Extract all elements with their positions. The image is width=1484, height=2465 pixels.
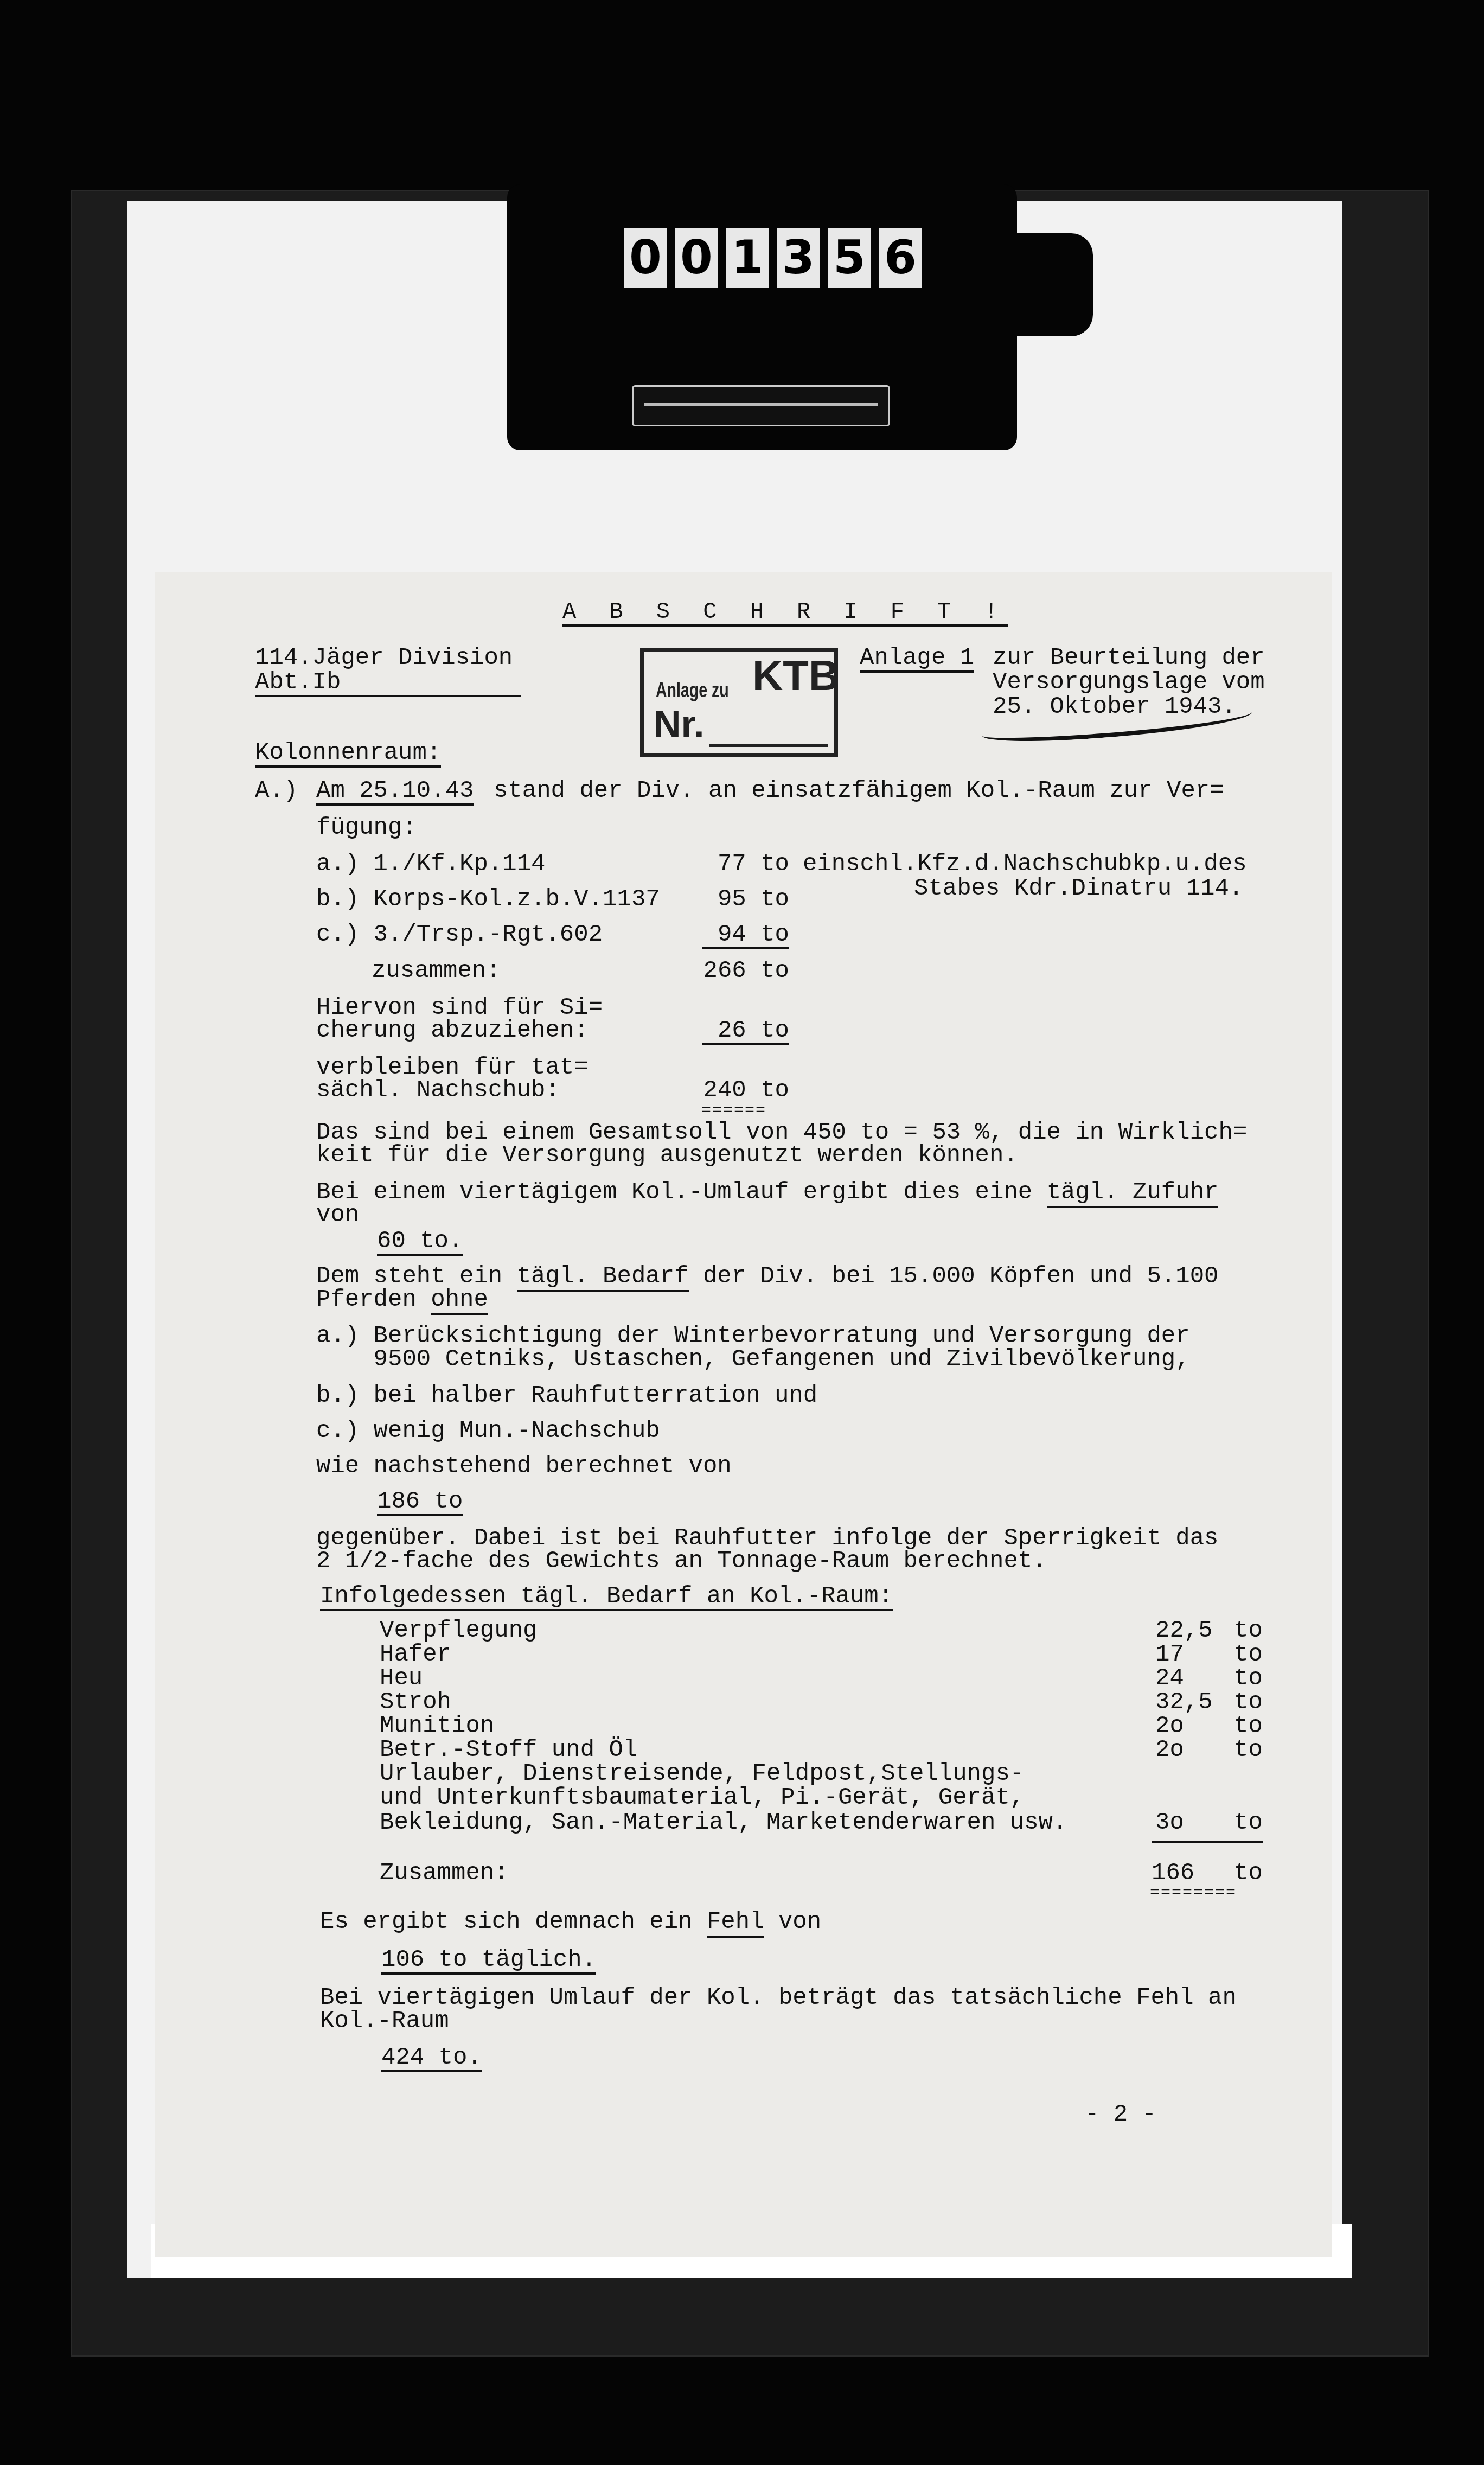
demand-item-amount: 2o [1155,1714,1184,1739]
demand-item-amount: 17 [1155,1642,1184,1667]
unit-item-amount: 77 to [686,852,789,877]
sum-line [1152,1841,1263,1843]
demand-misc-unit: to [1234,1810,1263,1835]
demand-misc-text: Urlauber, Dienstreisende, Feldpost,Stell… [380,1761,1024,1786]
condition-item: b.) bei halber Rauhfutterration und [316,1383,817,1408]
demand-total-unit: to [1234,1861,1263,1886]
deduction-amount: 26 to [702,1018,789,1045]
conclusion-text: Es ergibt sich demnach ein Fehl von [320,1910,821,1934]
counter-digit: 6 [879,228,922,288]
subtotal-label: zusammen: [372,959,501,984]
conclusion-text: Es ergibt sich demnach ein [320,1908,707,1936]
counter-knob [1017,233,1093,336]
counter-digit: 3 [777,228,820,288]
demand-item-unit: to [1234,1690,1263,1715]
demand-item-label: Hafer [380,1642,451,1667]
demand-title: Infolgedessen tägl. Bedarf an Kol.-Raum: [320,1584,893,1611]
paragraph-text: 2 1/2-fache des Gewichts an Tonnage-Raum… [316,1549,1047,1574]
demand-item-unit: to [1234,1642,1263,1667]
paragraph-text: der Div. bei 15.000 Köpfen und 5.100 [689,1263,1219,1290]
section-a-label: A.) [255,778,298,803]
demand-item-label: Verpflegung [380,1618,537,1643]
section-a-text: stand der Div. an einsatzfähigem Kol.-Ra… [494,778,1224,803]
demand-misc-text: und Unterkunftsbaumaterial, Pi.-Gerät, G… [380,1785,1024,1810]
paragraph-text: keit für die Versorgung ausgenutzt werde… [316,1143,1018,1168]
paragraph-text: Bei einem viertägigem Kol.-Umlauf ergibt… [316,1179,1047,1206]
highlight-value: 60 to. [377,1229,463,1256]
anlage-text-2: Versorgungslage vom [993,670,1265,695]
unit-item-note-cont: Stabes Kdr.Dinatru 114. [914,876,1243,901]
deficit-daily: 106 to täglich. [381,1947,596,1975]
counter-digit: 0 [675,228,718,288]
conclusion-text: von [764,1908,822,1936]
demand-item-unit: to [1234,1666,1263,1691]
counter-digit: 5 [828,228,871,288]
ktb-stamp: Anlage zu KTB Nr. [640,648,838,757]
demand-item-label: Stroh [380,1690,451,1715]
document-page: A B S C H R I F T ! 114.Jäger Division A… [155,572,1332,2257]
unit-item-amount: 95 to [686,887,789,912]
paragraph-text: Pferden ohne [316,1287,488,1312]
demand-item-amount: 2o [1155,1738,1184,1762]
emphasis-text: ohne [431,1286,488,1315]
demand-item-label: Heu [380,1666,423,1691]
paragraph-text: wie nachstehend berechnet von [316,1454,732,1479]
unit-item-amount: 94 to [702,922,789,949]
unit-name: 114.Jäger Division [255,646,513,670]
document-heading: A B S C H R I F T ! [562,599,1008,627]
demand-misc-text: Bekleidung, San.-Material, Marketenderwa… [380,1810,1067,1835]
deduction-text-cont: cherung abzuziehen: [316,1018,589,1043]
anlage-text-1: zur Beurteilung der [993,646,1265,670]
section-a-date: Am 25.10.43 [316,778,474,806]
conclusion-text: Bei viertägigen Umlauf der Kol. beträgt … [320,1985,1237,2010]
demand-misc-amount: 3o [1155,1810,1184,1835]
counter-plate [632,385,890,426]
double-underline: ======== [1150,1881,1237,1906]
condition-item: a.) Berücksichtigung der Winterbevorratu… [316,1324,1190,1349]
unit-item-note: einschl.Kfz.d.Nachschubkp.u.des [803,852,1247,877]
unit-item-label: a.) 1./Kf.Kp.114 [316,852,545,877]
paragraph-text: Bei einem viertägigem Kol.-Umlauf ergibt… [316,1180,1218,1205]
remaining-text-cont: sächl. Nachschub: [316,1078,560,1103]
paragraph-text: Pferden [316,1286,431,1313]
counter-digit: 0 [624,228,667,288]
counter-digit: 1 [726,228,769,288]
demand-item-label: Munition [380,1714,494,1739]
emphasis-text: tägl. Zufuhr [1047,1179,1219,1208]
stamp-ktb: KTB [752,663,839,688]
demand-item-label: Betr.-Stoff und Öl [380,1738,637,1762]
demand-item-unit: to [1234,1714,1263,1739]
demand-item-unit: to [1234,1618,1263,1643]
demand-item-amount: 24 [1155,1666,1184,1691]
demand-item-amount: 32,5 [1155,1690,1213,1715]
section-title: Kolonnenraum: [255,740,441,768]
demand-total-label: Zusammen: [380,1861,509,1886]
section-a-text-cont: fügung: [316,815,417,840]
stamp-number-label: Nr. [654,712,704,737]
condition-item-cont: 9500 Cetniks, Ustaschen, Gefangenen und … [316,1347,1190,1372]
demand-item-unit: to [1234,1738,1263,1762]
frame-counter: 0 0 1 3 5 6 [507,184,1017,450]
counter-digits: 0 0 1 3 5 6 [624,228,922,288]
unit-item-label: b.) Korps-Kol.z.b.V.1137 [316,887,660,912]
anlage-label: Anlage 1 [860,646,974,673]
paragraph-text: von [316,1203,359,1228]
unit-department: Abt.Ib [255,670,521,697]
highlight-value: 186 to [377,1489,463,1516]
subtotal-amount: 266 to [686,959,789,984]
unit-item-label: c.) 3./Trsp.-Rgt.602 [316,922,603,947]
paragraph-text: Dem steht ein tägl. Bedarf der Div. bei … [316,1264,1219,1289]
emphasis-text: Fehl [707,1908,764,1938]
demand-item-amount: 22,5 [1155,1618,1213,1643]
condition-item: c.) wenig Mun.-Nachschub [316,1419,660,1444]
emphasis-text: tägl. Bedarf [517,1263,689,1292]
page-number: - 2 - [1085,2102,1156,2127]
conclusion-text: Kol.-Raum [320,2009,449,2034]
stamp-label: Anlage zu [656,678,729,703]
deficit-total: 424 to. [381,2045,482,2072]
stamp-number-line [709,744,828,747]
